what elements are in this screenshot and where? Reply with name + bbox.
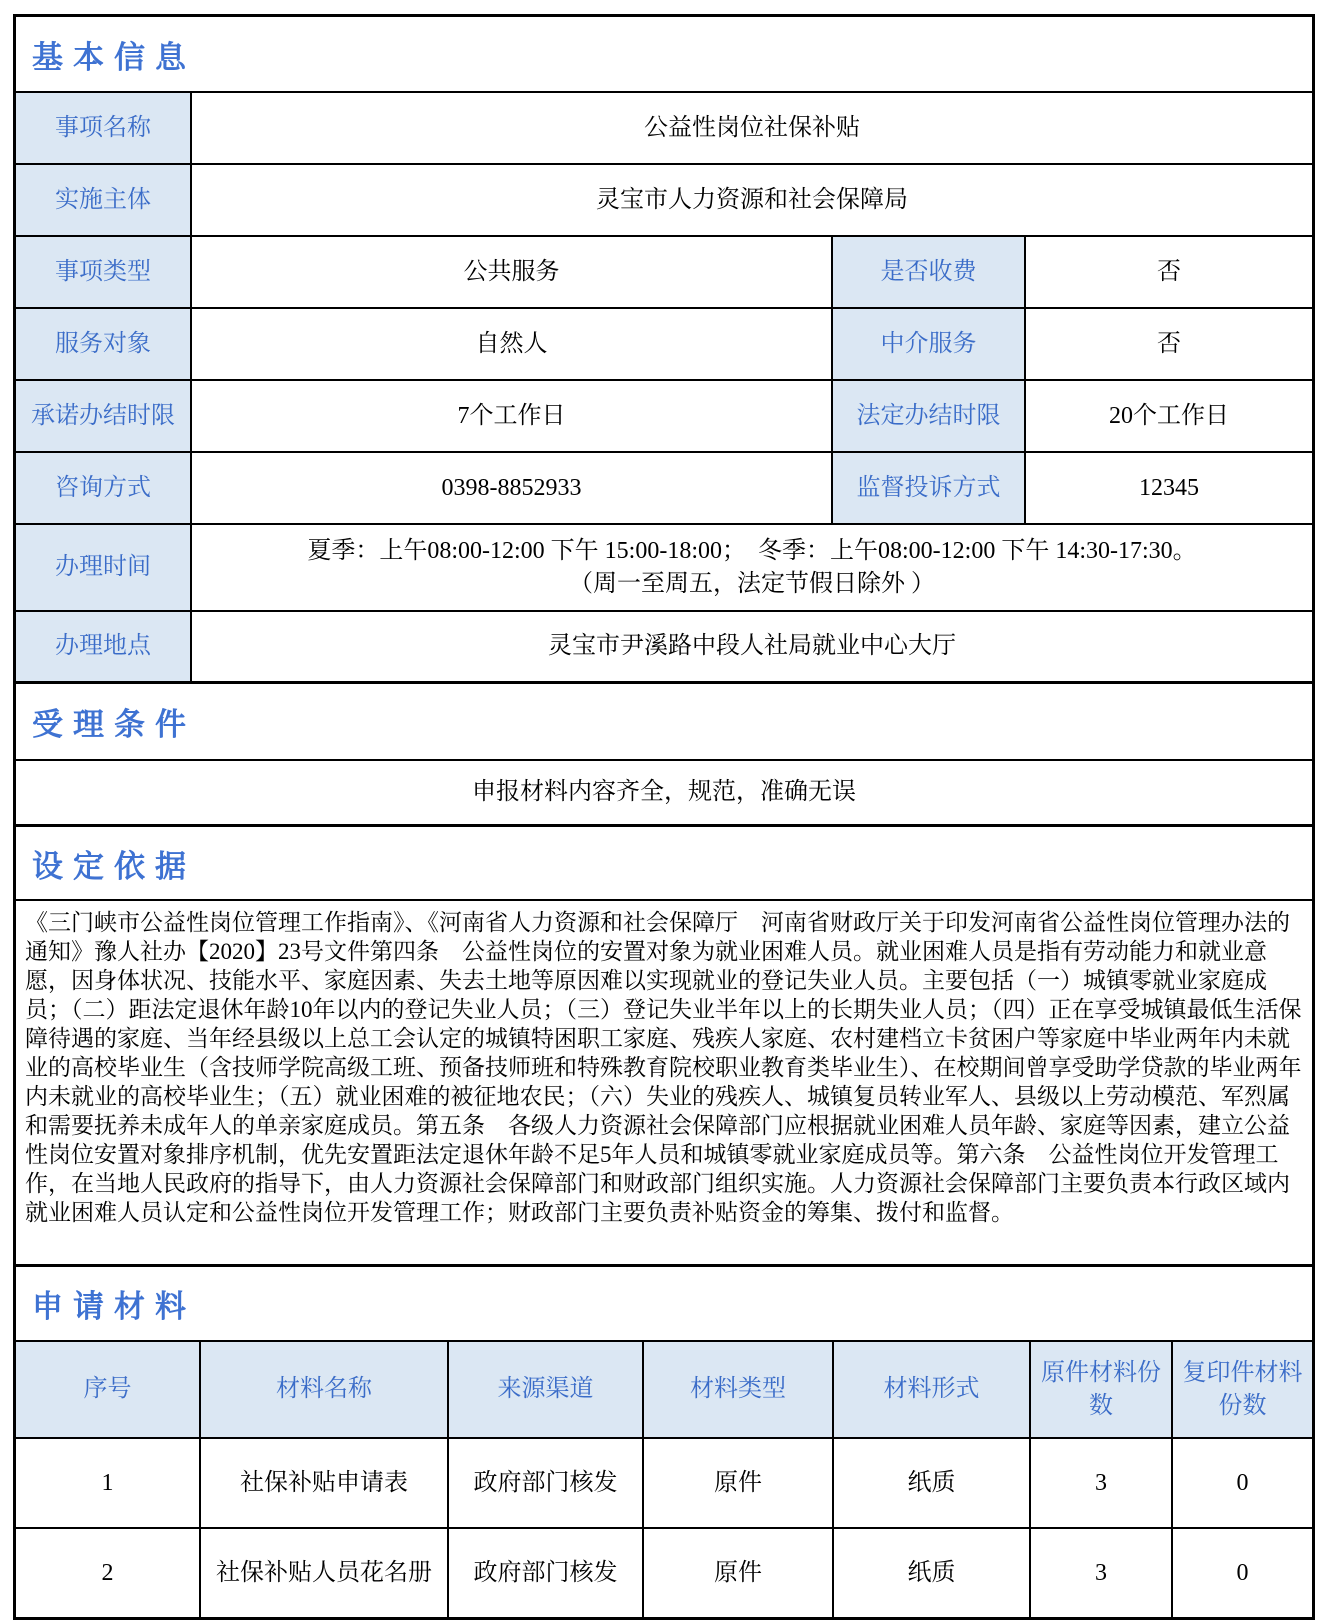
material-original-count: 3 — [1029, 1529, 1171, 1617]
col-header-source-channel: 来源渠道 — [447, 1342, 642, 1437]
row-item-name: 事项名称 公益性岗位社保补贴 — [16, 91, 1312, 163]
label-statutory-time-limit: 法定办结时限 — [831, 381, 1024, 451]
row-contact-methods: 咨询方式 0398-8852933 监督投诉方式 12345 — [16, 451, 1312, 523]
row-service-target-intermediary: 服务对象 自然人 中介服务 否 — [16, 307, 1312, 379]
material-name: 社保补贴申请表 — [199, 1439, 447, 1527]
section-title-setting-basis: 设定依据 — [16, 824, 1312, 899]
section-title-basic-info: 基本信息 — [16, 17, 1312, 91]
material-source: 政府部门核发 — [447, 1439, 642, 1527]
value-implementing-body: 灵宝市人力资源和社会保障局 — [190, 165, 1312, 235]
label-complaint-method: 监督投诉方式 — [831, 453, 1024, 523]
row-item-type-fee: 事项类型 公共服务 是否收费 否 — [16, 235, 1312, 307]
row-implementing-body: 实施主体 灵宝市人力资源和社会保障局 — [16, 163, 1312, 235]
label-implementing-body: 实施主体 — [16, 165, 190, 235]
material-photocopy-count: 0 — [1171, 1439, 1312, 1527]
material-original-count: 3 — [1029, 1439, 1171, 1527]
col-header-serial-number: 序号 — [16, 1342, 199, 1437]
material-name: 社保补贴人员花名册 — [199, 1529, 447, 1617]
material-row: 2 社保补贴人员花名册 政府部门核发 原件 纸质 3 0 — [16, 1527, 1312, 1617]
office-hours-line1: 夏季：上午08:00-12:00 下午 15:00-18:00； 冬季：上午08… — [198, 535, 1306, 567]
label-promised-time-limit: 承诺办结时限 — [16, 381, 190, 451]
value-item-type: 公共服务 — [190, 237, 831, 307]
col-header-material-form: 材料形式 — [832, 1342, 1029, 1437]
office-hours-line2: （周一至周五，法定节假日除外 ） — [198, 568, 1306, 600]
section-title-acceptance-conditions: 受理条件 — [16, 681, 1312, 759]
service-detail-sheet: 基本信息 事项名称 公益性岗位社保补贴 实施主体 灵宝市人力资源和社会保障局 事… — [13, 14, 1315, 1620]
value-office-hours: 夏季：上午08:00-12:00 下午 15:00-18:00； 冬季：上午08… — [190, 525, 1312, 610]
row-office-location: 办理地点 灵宝市尹溪路中段人社局就业中心大厅 — [16, 610, 1312, 681]
materials-header-row: 序号 材料名称 来源渠道 材料类型 材料形式 原件材料份数 复印件材料份数 — [16, 1340, 1312, 1437]
row-office-hours: 办理时间 夏季：上午08:00-12:00 下午 15:00-18:00； 冬季… — [16, 523, 1312, 610]
value-statutory-time-limit: 20个工作日 — [1024, 381, 1312, 451]
material-photocopy-count: 0 — [1171, 1529, 1312, 1617]
material-serial: 2 — [16, 1529, 199, 1617]
value-fee-charged: 否 — [1024, 237, 1312, 307]
value-item-name: 公益性岗位社保补贴 — [190, 93, 1312, 163]
value-complaint-hotline: 12345 — [1024, 453, 1312, 523]
row-acceptance-condition: 申报材料内容齐全，规范，准确无误 — [16, 759, 1312, 824]
col-header-material-type: 材料类型 — [642, 1342, 832, 1437]
value-acceptance-condition: 申报材料内容齐全，规范，准确无误 — [16, 761, 1312, 824]
label-intermediary-service: 中介服务 — [831, 309, 1024, 379]
label-item-name: 事项名称 — [16, 93, 190, 163]
label-consultation-method: 咨询方式 — [16, 453, 190, 523]
value-intermediary-service: 否 — [1024, 309, 1312, 379]
value-consultation-phone: 0398-8852933 — [190, 453, 831, 523]
material-type: 原件 — [642, 1439, 832, 1527]
value-service-target: 自然人 — [190, 309, 831, 379]
label-service-target: 服务对象 — [16, 309, 190, 379]
page: 基本信息 事项名称 公益性岗位社保补贴 实施主体 灵宝市人力资源和社会保障局 事… — [0, 0, 1328, 1620]
material-serial: 1 — [16, 1439, 199, 1527]
material-row: 1 社保补贴申请表 政府部门核发 原件 纸质 3 0 — [16, 1437, 1312, 1527]
col-header-original-copies: 原件材料份数 — [1029, 1342, 1171, 1437]
value-office-location: 灵宝市尹溪路中段人社局就业中心大厅 — [190, 612, 1312, 681]
row-time-limits: 承诺办结时限 7个工作日 法定办结时限 20个工作日 — [16, 379, 1312, 451]
material-form: 纸质 — [832, 1529, 1029, 1617]
col-header-photocopy-copies: 复印件材料份数 — [1171, 1342, 1312, 1437]
material-form: 纸质 — [832, 1439, 1029, 1527]
setting-basis-paragraph: 《三门峡市公益性岗位管理工作指南》、《河南省人力资源和社会保障厅 河南省财政厅关… — [16, 901, 1312, 1264]
row-setting-basis: 《三门峡市公益性岗位管理工作指南》、《河南省人力资源和社会保障厅 河南省财政厅关… — [16, 899, 1312, 1264]
label-office-hours: 办理时间 — [16, 525, 190, 610]
label-item-type: 事项类型 — [16, 237, 190, 307]
label-office-location: 办理地点 — [16, 612, 190, 681]
material-source: 政府部门核发 — [447, 1529, 642, 1617]
label-fee-charged: 是否收费 — [831, 237, 1024, 307]
col-header-material-name: 材料名称 — [199, 1342, 447, 1437]
material-type: 原件 — [642, 1529, 832, 1617]
section-title-application-materials: 申请材料 — [16, 1264, 1312, 1340]
value-promised-time-limit: 7个工作日 — [190, 381, 831, 451]
